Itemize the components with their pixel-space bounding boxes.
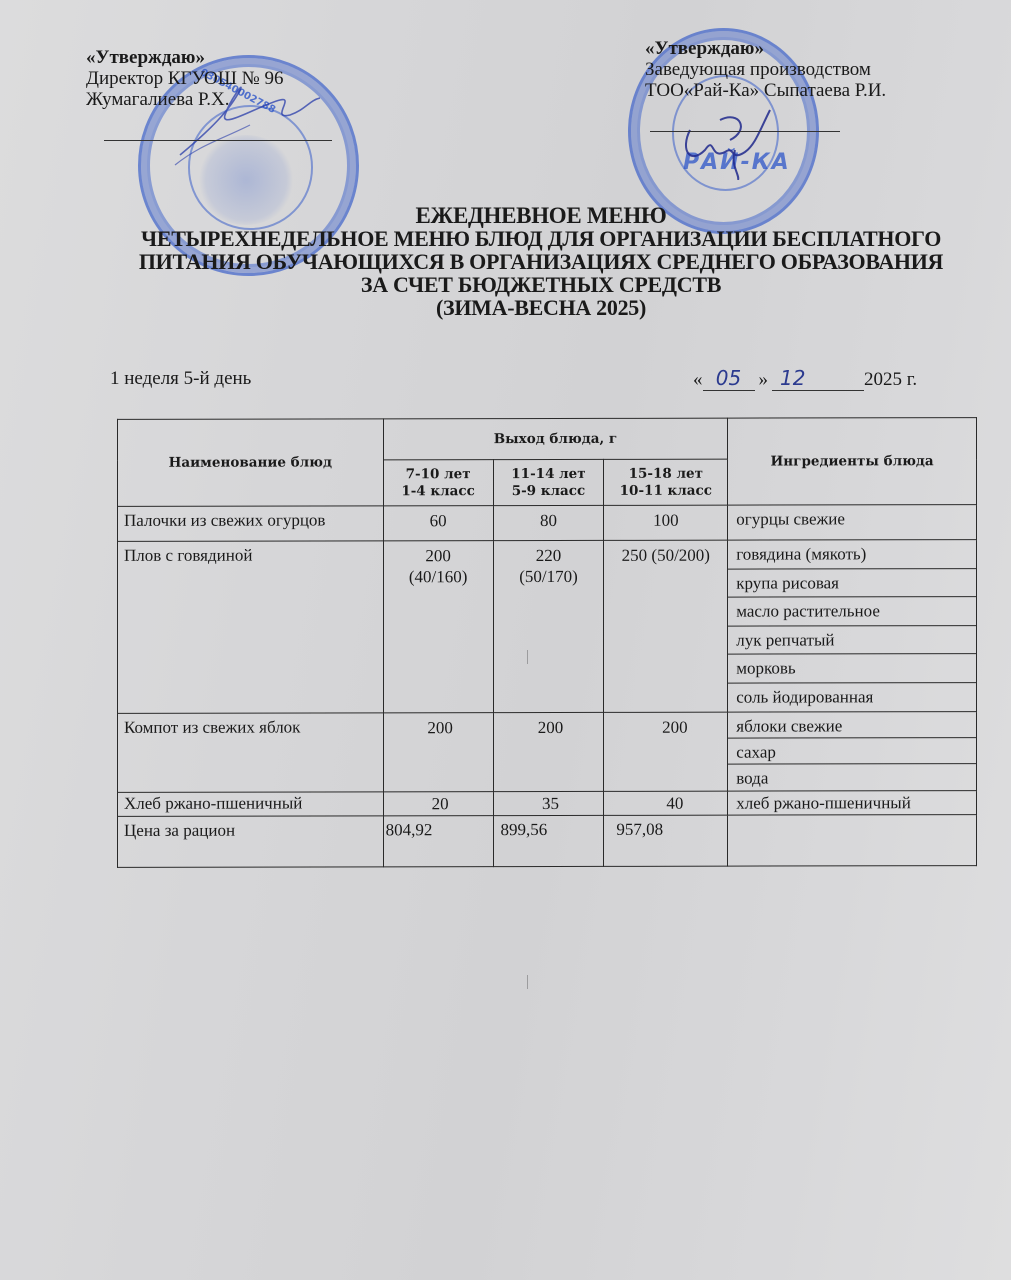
- header-dish-name: Наименование блюд: [118, 419, 384, 507]
- pencil-mark: [527, 975, 528, 989]
- yield-value: 80: [493, 505, 604, 540]
- dish-name: Палочки из свежих огурцов: [118, 506, 384, 542]
- ingredient: масло растительное: [728, 597, 976, 626]
- date-year: 2025 г.: [864, 369, 917, 391]
- dish-name: Компот из свежих яблок: [118, 713, 384, 793]
- title-line-3: ЗА СЧЕТ БЮДЖЕТНЫХ СРЕДСТВ: [110, 273, 972, 296]
- ingredient: лук репчатый: [728, 626, 976, 655]
- table-row: Плов с говядиной 200(40/160) 220(50/170)…: [118, 540, 977, 714]
- date-open-quote: «: [693, 369, 703, 391]
- yield-value: 200: [493, 712, 604, 791]
- date-day: 05: [703, 366, 755, 391]
- approval-block-director: «Утверждаю» Директор КГУОШ № 96 Жумагали…: [86, 47, 332, 141]
- table-row: Хлеб ржано-пшеничный 20 35 40 хлеб ржано…: [118, 791, 977, 817]
- title-line-2: ПИТАНИЯ ОБУЧАЮЩИХСЯ В ОРГАНИЗАЦИЯХ СРЕДН…: [110, 250, 972, 273]
- stamp-right-brand: РАЙ-КА: [683, 150, 791, 175]
- price-value: 957,08: [604, 815, 728, 866]
- title-line-4: (ЗИМА-ВЕСНА 2025): [110, 296, 972, 319]
- price-value: 804,92: [383, 816, 493, 867]
- dish-name: Хлеб ржано-пшеничный: [118, 792, 384, 817]
- approve-label: «Утверждаю»: [645, 38, 886, 59]
- ingredient: говядина (мякоть): [728, 540, 976, 569]
- yield-value: 200: [383, 713, 493, 792]
- header-group-1: 7-10 лет1-4 класс: [383, 460, 493, 506]
- title-main: ЕЖЕДНЕВНОЕ МЕНЮ: [110, 204, 972, 227]
- approval-block-production-head: «Утверждаю» Заведующая производством ТОО…: [645, 38, 886, 132]
- header-yield: Выход блюда, г: [383, 418, 728, 460]
- price-value: 899,56: [493, 815, 604, 866]
- approve-label: «Утверждаю»: [86, 47, 332, 68]
- approver-position: Директор КГУОШ № 96: [86, 68, 332, 89]
- approver-name: Жумагалиева Р.Х.: [86, 89, 332, 110]
- dish-name: Плов с говядиной: [118, 541, 384, 714]
- price-label: Цена за рацион: [118, 816, 384, 868]
- yield-value: 40: [604, 791, 728, 815]
- week-day-label: 1 неделя 5-й день: [110, 368, 251, 390]
- ingredient: хлеб ржано-пшеничный: [728, 792, 976, 814]
- approver-name: ТОО«Рай-Ка» Сыпатаева Р.И.: [645, 80, 886, 101]
- signature-line: [650, 101, 840, 132]
- date-month: 12: [772, 366, 864, 391]
- table-row: Компот из свежих яблок 200 200 200 яблок…: [118, 712, 977, 793]
- ingredients-cell: яблоки свежие сахар вода: [728, 712, 977, 792]
- header-ingredients: Ингредиенты блюда: [728, 418, 977, 506]
- yield-value: 250 (50/200): [604, 540, 728, 712]
- ingredient: вода: [728, 764, 976, 791]
- price-row: Цена за рацион 804,92 899,56 957,08: [118, 815, 977, 868]
- ingredients-cell: огурцы свежие: [728, 505, 977, 541]
- yield-value: 60: [383, 506, 493, 541]
- header-group-2: 11-14 лет5-9 класс: [493, 459, 604, 505]
- ingredients-cell: говядина (мякоть) крупа рисовая масло ра…: [728, 540, 977, 713]
- date-field: « 05 » 12 2025 г.: [693, 366, 917, 391]
- yield-value: 20: [383, 792, 493, 816]
- ingredient: сахар: [728, 738, 976, 765]
- header-group-3: 15-18 лет10-11 класс: [604, 459, 728, 505]
- document-title: ЕЖЕДНЕВНОЕ МЕНЮ ЧЕТЫРЕХНЕДЕЛЬНОЕ МЕНЮ БЛ…: [110, 204, 972, 319]
- date-close-quote: »: [759, 369, 769, 391]
- document-page: 030540002788 РАЙ-КА «Утверждаю» Директор…: [0, 0, 1011, 1280]
- yield-value: 200: [604, 712, 728, 791]
- price-ingredients-empty: [728, 815, 977, 867]
- yield-value: 200(40/160): [383, 541, 493, 713]
- yield-value: 100: [604, 505, 728, 540]
- ingredient: морковь: [728, 654, 976, 683]
- yield-value: 35: [493, 791, 604, 815]
- ingredient: огурцы свежие: [728, 505, 976, 530]
- ingredient: яблоки свежие: [728, 712, 976, 739]
- ingredients-cell: хлеб ржано-пшеничный: [728, 791, 977, 816]
- table-row: Палочки из свежих огурцов 60 80 100 огур…: [118, 505, 977, 542]
- yield-value: 220(50/170): [493, 540, 604, 712]
- ingredient: крупа рисовая: [728, 569, 976, 598]
- menu-table: Наименование блюд Выход блюда, г Ингреди…: [117, 417, 977, 868]
- title-line-1: ЧЕТЫРЕХНЕДЕЛЬНОЕ МЕНЮ БЛЮД ДЛЯ ОРГАНИЗАЦ…: [110, 227, 972, 250]
- signature-line: [104, 110, 332, 141]
- ingredient: соль йодированная: [728, 683, 976, 712]
- approver-position: Заведующая производством: [645, 59, 886, 80]
